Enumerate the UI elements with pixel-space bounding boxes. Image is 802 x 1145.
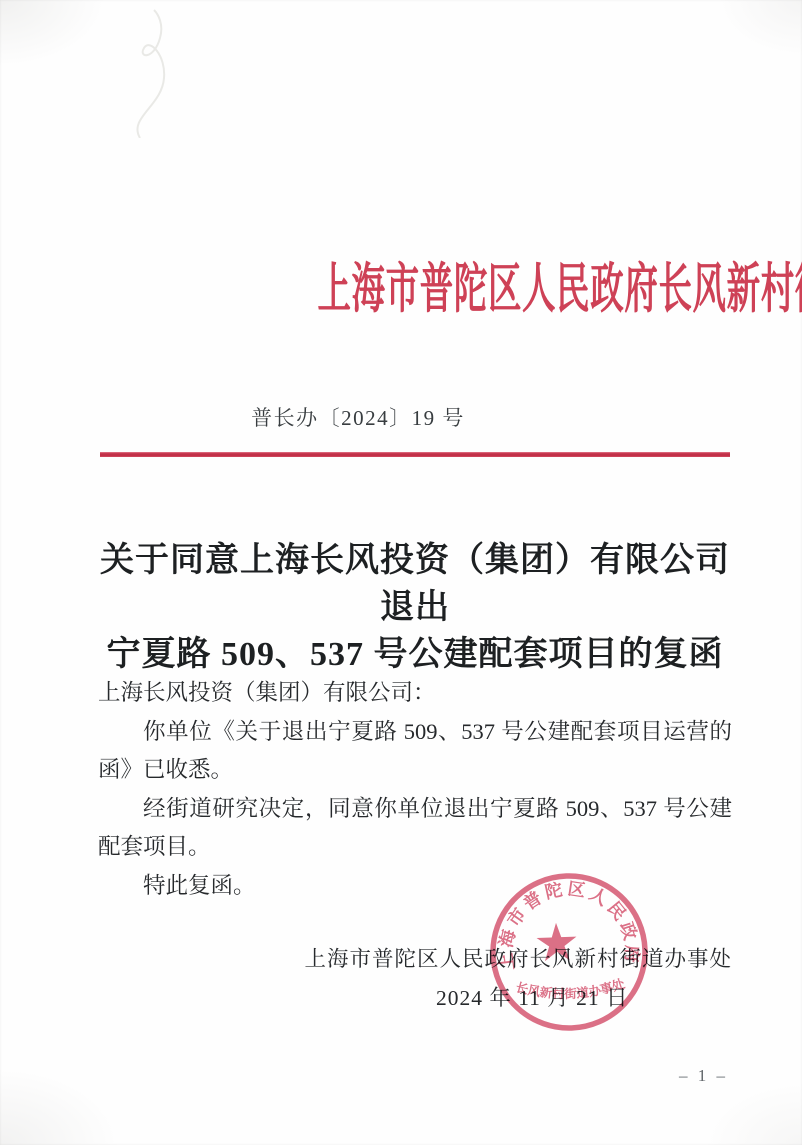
- document-title-line-2: 宁夏路 509、537 号公建配套项目的复函: [98, 631, 732, 678]
- red-separator-rule: [100, 452, 730, 457]
- document-title-line-1: 关于同意上海长风投资（集团）有限公司退出: [98, 537, 732, 631]
- salutation: 上海长风投资（集团）有限公司：: [98, 674, 732, 713]
- paragraph-1: 你单位《关于退出宁夏路 509、537 号公建配套项目运营的函》已收悉。: [98, 713, 732, 790]
- document-title: 关于同意上海长风投资（集团）有限公司退出 宁夏路 509、537 号公建配套项目…: [98, 537, 732, 678]
- issuing-authority-signature: 上海市普陀区人民政府长风新村街道办事处: [304, 946, 732, 972]
- letterhead-title-text: 上海市普陀区人民政府长风新村街道办事处文件: [317, 258, 802, 320]
- scanned-official-document-page: 上海市普陀区人民政府长风新村街道办事处文件 普长办〔2024〕19 号 关于同意…: [0, 0, 802, 1145]
- letterhead-title: 上海市普陀区人民政府长风新村街道办事处文件: [98, 258, 732, 320]
- paragraph-2: 经街道研究决定，同意你单位退出宁夏路 509、537 号公建配套项目。: [98, 790, 732, 867]
- page-number: – 1 –: [679, 1066, 728, 1086]
- issue-date: 2024 年 11 月 21 日: [318, 985, 746, 1011]
- paragraph-3: 特此复函。: [98, 867, 732, 906]
- scan-artifact-squiggle: [120, 8, 200, 138]
- document-body: 上海长风投资（集团）有限公司： 你单位《关于退出宁夏路 509、537 号公建配…: [98, 674, 732, 905]
- closing-block: 上海市普陀区人民政府长风新村街道办事处 2024 年 11 月 21 日: [304, 946, 732, 1011]
- document-reference-number: 普长办〔2024〕19 号: [41, 406, 675, 431]
